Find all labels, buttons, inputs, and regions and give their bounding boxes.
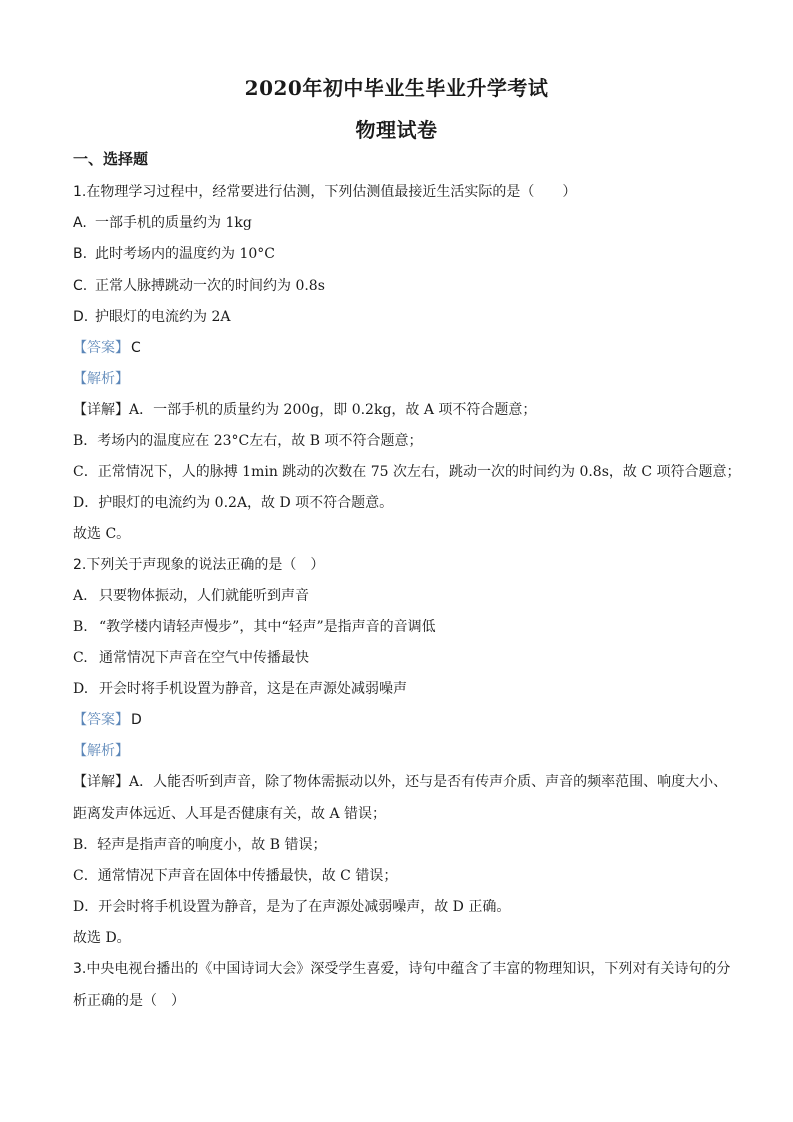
option-label: A.: [73, 587, 99, 605]
q1-option-c: C.正常人脉搏跳动一次的时间约为 0.8s: [73, 277, 325, 295]
question-1-stem: 1.在物理学习过程中，经常要进行估测，下列估测值最接近生活实际的是（ ）: [73, 183, 576, 201]
question-text: 在物理学习过程中，经常要进行估测，下列估测值最接近生活实际的是（ ）: [86, 184, 576, 200]
option-text: 开会时将手机设置为静音，这是在声源处减弱噪声: [99, 681, 407, 697]
section-heading: 一、选择题: [73, 150, 148, 168]
q2-detail-line-3: B．轻声是指声音的响度小，故 B 错误；: [73, 836, 326, 854]
q2-conclusion: 故选 D。: [73, 929, 131, 947]
option-label: C.: [73, 649, 99, 667]
answer-value: D: [131, 712, 142, 728]
option-label: C.: [73, 277, 95, 295]
option-text: 护眼灯的电流约为 2A: [95, 309, 230, 325]
q2-detail-line-5: D．开会时将手机设置为静音，是为了在声源处减弱噪声，故 D 正确。: [73, 898, 510, 916]
q1-detail-line-1: 【详解】A．一部手机的质量约为 200g，即 0.2kg，故 A 项不符合题意；: [73, 401, 536, 419]
q2-option-a: A.只要物体振动，人们就能听到声音: [73, 587, 309, 605]
q1-option-a: A.一部手机的质量约为 1kg: [73, 214, 252, 232]
detail-text: A．人能否听到声音，除了物体需振动以外，还与是否有传声介质、声音的频率范围、响度…: [129, 774, 727, 790]
answer-tag: 【答案】: [73, 340, 129, 356]
option-text: 此时考场内的温度约为 10°C: [95, 246, 275, 262]
analysis-tag: 【解析】: [73, 743, 129, 759]
question-number: 1.: [73, 184, 86, 200]
q1-detail-line-3: C．正常情况下，人的脉搏 1min 跳动的次数在 75 次左右，跳动一次的时间约…: [73, 463, 741, 481]
question-number: 3.: [73, 961, 86, 977]
q1-conclusion: 故选 C。: [73, 525, 130, 543]
q1-analysis-tag: 【解析】: [73, 370, 129, 388]
q1-detail-line-4: D．护眼灯的电流约为 0.2A，故 D 项不符合题意。: [73, 494, 393, 512]
q1-answer: 【答案】C: [73, 339, 141, 357]
page-subtitle: 物理试卷: [0, 114, 793, 143]
analysis-tag: 【解析】: [73, 371, 129, 387]
answer-tag: 【答案】: [73, 712, 129, 728]
question-2-stem: 2.下列关于声现象的说法正确的是（ ）: [73, 556, 324, 574]
question-3-stem-line-2: 析正确的是（ ）: [73, 992, 185, 1010]
q1-option-b: B.此时考场内的温度约为 10°C: [73, 245, 275, 263]
option-label: B.: [73, 245, 95, 263]
q2-option-b: B.“教学楼内请轻声慢步”，其中“轻声”是指声音的音调低: [73, 618, 436, 636]
q2-detail-line-2: 距离发声体远近、人耳是否健康有关，故 A 错误；: [73, 805, 386, 823]
option-label: B.: [73, 618, 99, 636]
q1-detail-line-2: B．考场内的温度应在 23°C左右，故 B 项不符合题意；: [73, 432, 422, 450]
q2-option-d: D.开会时将手机设置为静音，这是在声源处减弱噪声: [73, 680, 407, 698]
option-label: D.: [73, 308, 95, 326]
detail-text: A．一部手机的质量约为 200g，即 0.2kg，故 A 项不符合题意；: [129, 402, 536, 418]
detail-tag: 【详解】: [73, 774, 129, 790]
q2-option-c: C.通常情况下声音在空气中传播最快: [73, 649, 309, 667]
page-title: 2020年初中毕业生毕业升学考试: [0, 72, 793, 101]
detail-tag: 【详解】: [73, 402, 129, 418]
q1-option-d: D.护眼灯的电流约为 2A: [73, 308, 230, 326]
question-3-stem-line-1: 3.中央电视台播出的《中国诗词大会》深受学生喜爱，诗句中蕴含了丰富的物理知识，下…: [73, 960, 730, 978]
option-label: A.: [73, 214, 95, 232]
option-text: 只要物体振动，人们就能听到声音: [99, 588, 309, 604]
option-text: 正常人脉搏跳动一次的时间约为 0.8s: [95, 278, 325, 294]
option-text: 通常情况下声音在空气中传播最快: [99, 650, 309, 666]
question-text: 中央电视台播出的《中国诗词大会》深受学生喜爱，诗句中蕴含了丰富的物理知识，下列对…: [86, 961, 730, 977]
q2-analysis-tag: 【解析】: [73, 742, 129, 760]
q2-detail-line-1: 【详解】A．人能否听到声音，除了物体需振动以外，还与是否有传声介质、声音的频率范…: [73, 773, 727, 791]
question-text: 下列关于声现象的说法正确的是（ ）: [86, 557, 324, 573]
option-label: D.: [73, 680, 99, 698]
q2-answer: 【答案】D: [73, 711, 142, 729]
answer-value: C: [131, 340, 141, 356]
option-text: 一部手机的质量约为 1kg: [95, 215, 252, 231]
question-number: 2.: [73, 557, 86, 573]
q2-detail-line-4: C．通常情况下声音在固体中传播最快，故 C 错误；: [73, 867, 397, 885]
option-text: “教学楼内请轻声慢步”，其中“轻声”是指声音的音调低: [99, 619, 436, 635]
